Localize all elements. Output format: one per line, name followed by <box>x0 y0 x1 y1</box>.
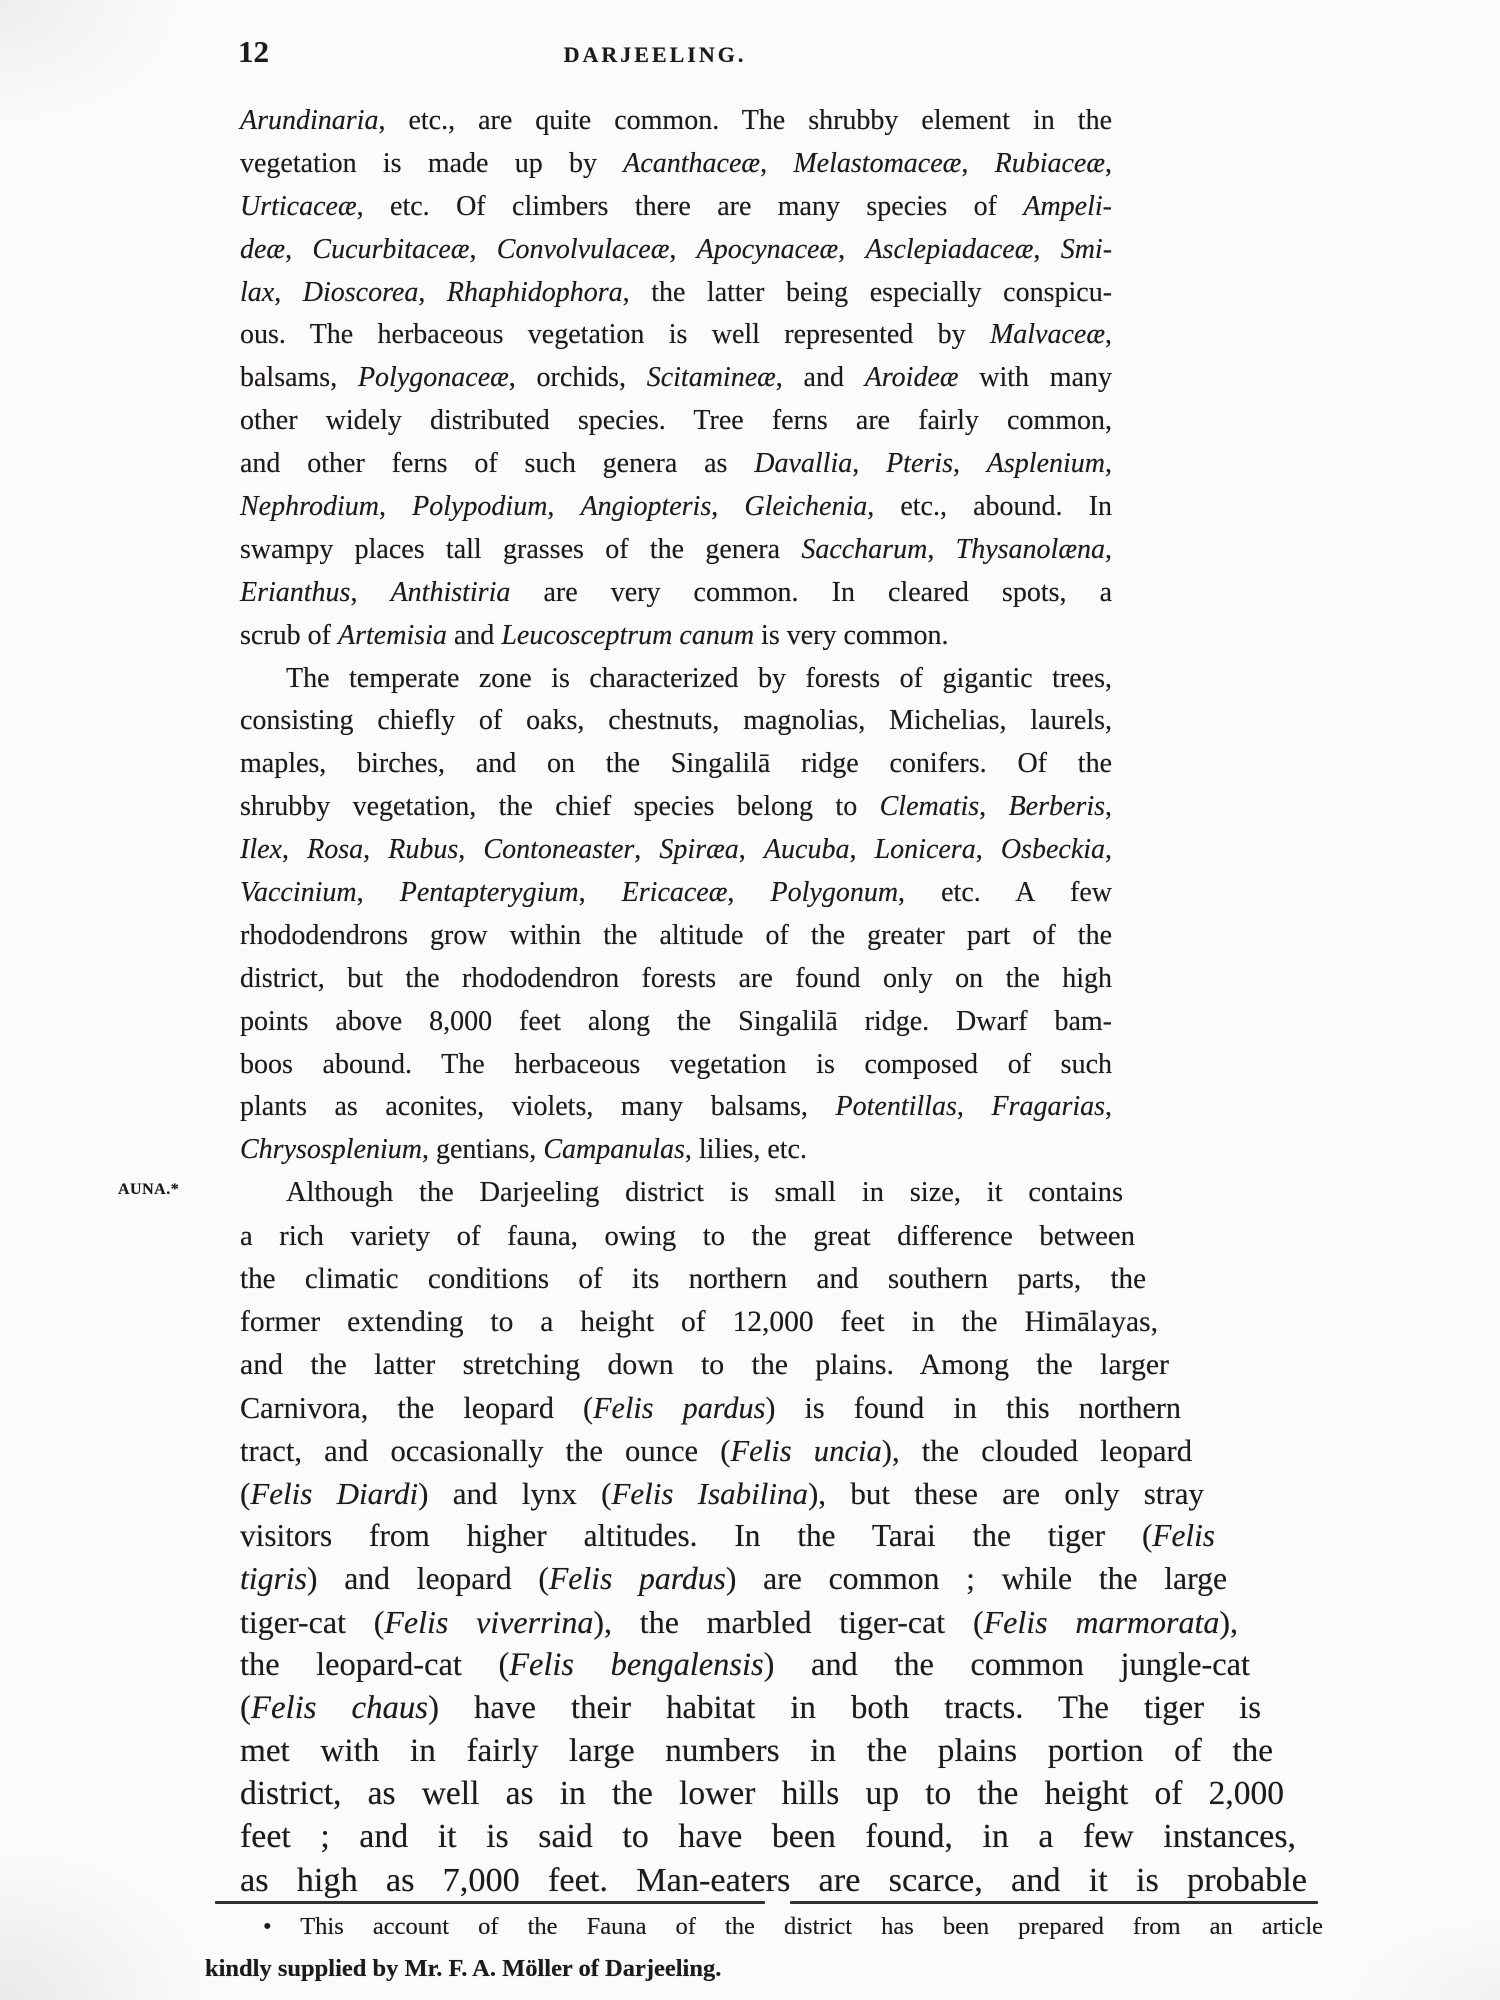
species-name: Berberis <box>1009 791 1105 822</box>
body-segment: , <box>727 877 770 908</box>
species-name: Rhaphidophora <box>447 277 623 308</box>
body-segment: the leopard-cat ( <box>240 1647 509 1683</box>
species-name: Asplenium <box>987 448 1105 479</box>
species-name: Acanthaceæ <box>623 148 760 179</box>
body-segment: ) have their habitat in both tracts. The… <box>428 1690 1261 1726</box>
species-name: lax <box>240 277 274 308</box>
body-segment: , <box>1105 148 1112 179</box>
body-segment: , <box>1105 791 1112 822</box>
species-name: Pteris <box>886 448 953 479</box>
body-line: tiger-cat (Felis viverrina), the marbled… <box>240 1601 1238 1644</box>
body-line: as high as 7,000 feet. Man-eaters are sc… <box>240 1859 1307 1902</box>
species-name: Davallia <box>754 448 852 479</box>
body-line: Carnivora, the leopard (Felis pardus) is… <box>240 1387 1181 1430</box>
body-segment: , <box>979 791 1008 822</box>
body-segment: a rich variety of fauna, owing to the gr… <box>240 1220 1135 1252</box>
footnote-line: • This account of the Fauna of the distr… <box>205 1906 1323 1948</box>
body-segment: district, but the rhododendron forests a… <box>240 963 1112 994</box>
body-line: deæ, Cucurbitaceæ, Convolvulaceæ, Apocyn… <box>240 229 1112 272</box>
species-name: Urticaceæ <box>240 191 357 222</box>
body-segment: , <box>1105 1091 1112 1122</box>
body-line: district, but the rhododendron forests a… <box>240 958 1112 1001</box>
body-line: Ilex, Rosa, Rubus, Contoneaster, Spiræa,… <box>240 829 1112 872</box>
body-segment: , <box>739 834 764 865</box>
body-line: ous. The herbaceous vegetation is well r… <box>240 314 1112 357</box>
body-segment: , the latter being especially conspicu- <box>623 277 1112 308</box>
body-line: (Felis Diardi) and lynx (Felis Isabilina… <box>240 1473 1204 1516</box>
species-name: Aroideæ <box>865 362 959 393</box>
body-line: tigris) and leopard (Felis pardus) are c… <box>240 1558 1227 1601</box>
body-segment: , <box>976 834 1001 865</box>
body-line: visitors from higher altitudes. In the T… <box>240 1515 1215 1558</box>
body-line: swampy places tall grasses of the genera… <box>240 529 1112 572</box>
body-segment: with many <box>959 362 1112 393</box>
body-segment: , gentians, <box>422 1134 543 1165</box>
body-segment: former extending to a height of 12,000 f… <box>240 1306 1158 1338</box>
body-segment: swampy places tall grasses of the genera <box>240 534 801 565</box>
species-name: Felis chaus <box>251 1690 428 1726</box>
body-segment: , <box>1105 319 1112 350</box>
body-segment: and <box>447 620 501 651</box>
body-segment: boos abound. The herbaceous vegetation i… <box>240 1049 1112 1080</box>
body-line: balsams, Polygonaceæ, orchids, Scitamine… <box>240 357 1112 400</box>
species-name: Thysanolæna <box>956 534 1105 565</box>
body-line: points above 8,000 feet along the Singal… <box>240 1001 1112 1044</box>
body-line: maples, birches, and on the Singalilā ri… <box>240 743 1112 786</box>
body-segment: ( <box>240 1690 251 1726</box>
margin-note-fauna: AUNA.* <box>118 1181 179 1199</box>
body-segment: feet ; and it is said to have been found… <box>240 1818 1296 1855</box>
species-name: Polygonaceæ <box>358 362 509 393</box>
body-segment: vegetation is made up by <box>240 148 623 179</box>
body-segment: and the latter stretching down to the pl… <box>240 1348 1169 1381</box>
body-line: Chrysosplenium, gentians, Campanulas, li… <box>240 1129 1112 1172</box>
species-name: Felis marmorata <box>984 1604 1220 1640</box>
species-name: Melastomaceæ <box>793 148 961 179</box>
footnote: • This account of the Fauna of the distr… <box>205 1906 1323 1990</box>
body-segment: ), but these are only stray <box>808 1476 1204 1511</box>
body-segment: are very common. In cleared spots, a <box>510 577 1112 608</box>
species-name: Malvaceæ <box>990 319 1105 350</box>
body-segment: , <box>418 277 447 308</box>
species-name: Campanulas <box>543 1134 685 1165</box>
species-name: Anthistiria <box>391 577 511 608</box>
footnote-text: This account of the Fauna of the distric… <box>300 1913 1323 1940</box>
species-name: Rubus <box>388 834 458 865</box>
body-line: feet ; and it is said to have been found… <box>240 1816 1296 1859</box>
body-text: Arundinaria, etc., are quite common. The… <box>240 100 1307 1901</box>
body-segment: met with in fairly large numbers in the … <box>240 1732 1273 1769</box>
body-segment: , <box>379 491 412 522</box>
body-segment: , <box>274 277 303 308</box>
body-segment: , <box>458 834 483 865</box>
body-segment: , etc. Of climbers there are many specie… <box>357 191 1024 222</box>
body-segment: , <box>957 1091 992 1122</box>
species-name: Dioscorea <box>303 277 419 308</box>
body-segment: ) and the common jungle-cat <box>764 1647 1250 1683</box>
body-line: Vaccinium, Pentapterygium, Ericaceæ, Pol… <box>240 872 1112 915</box>
species-name: Leucosceptrum canum <box>501 620 754 651</box>
species-name: Felis pardus <box>549 1561 726 1596</box>
body-line: vegetation is made up by Acanthaceæ, Mel… <box>240 143 1112 186</box>
species-name: Felis <box>1152 1518 1215 1553</box>
body-line: district, as well as in the lower hills … <box>240 1773 1284 1816</box>
book-page: 12 DARJEELING. AUNA.* Arundinaria, etc.,… <box>0 0 1500 2000</box>
body-segment: ), the clouded leopard <box>882 1434 1192 1468</box>
body-segment: , <box>579 877 622 908</box>
species-name: Nephrodium <box>240 491 379 522</box>
body-segment: the climatic conditions of its northern … <box>240 1263 1146 1295</box>
body-segment: ), <box>1219 1604 1238 1640</box>
body-segment: , <box>1105 834 1112 865</box>
species-name: Felis Isabilina <box>611 1476 808 1511</box>
body-segment: rhododendrons grow within the altitude o… <box>240 920 1112 951</box>
body-segment: is very common. <box>754 620 948 651</box>
species-name: tigris <box>240 1561 307 1596</box>
body-segment: ) is found in this northern <box>765 1391 1181 1425</box>
body-line: rhododendrons grow within the altitude o… <box>240 915 1112 958</box>
species-name: Asclepiadaceæ <box>865 234 1033 265</box>
body-segment: , <box>1105 534 1112 565</box>
species-name: Ampeli- <box>1023 191 1112 222</box>
body-line: (Felis chaus) have their habitat in both… <box>240 1687 1261 1730</box>
species-name: Saccharum <box>801 534 927 565</box>
species-name: Spiræa <box>659 834 738 865</box>
species-name: Felis pardus <box>593 1391 765 1425</box>
body-line: the leopard-cat (Felis bengalensis) and … <box>240 1644 1250 1687</box>
species-name: deæ <box>240 234 285 265</box>
species-name: Gleichenia <box>744 491 867 522</box>
body-segment: , <box>849 834 874 865</box>
species-name: Potentillas <box>836 1091 957 1122</box>
body-segment: ) and lynx ( <box>418 1476 611 1511</box>
body-line: plants as aconites, violets, many balsam… <box>240 1086 1112 1129</box>
body-segment: ( <box>240 1476 250 1511</box>
body-segment: Carnivora, the leopard ( <box>240 1391 593 1425</box>
body-line: the climatic conditions of its northern … <box>240 1258 1146 1301</box>
body-line: Erianthus, Anthistiria are very common. … <box>240 572 1112 615</box>
body-line: former extending to a height of 12,000 f… <box>240 1301 1158 1344</box>
body-segment: shrubby vegetation, the chief species be… <box>240 791 880 822</box>
body-segment: Although the Darjeeling district is smal… <box>286 1177 1123 1208</box>
body-line: Although the Darjeeling district is smal… <box>240 1172 1123 1215</box>
body-line: shrubby vegetation, the chief species be… <box>240 786 1112 829</box>
species-name: Contoneaster <box>483 834 634 865</box>
body-line: consisting chiefly of oaks, chestnuts, m… <box>240 700 1112 743</box>
species-name: Pentapterygium <box>400 877 579 908</box>
species-name: Rubiaceæ <box>995 148 1105 179</box>
species-name: Clematis <box>880 791 980 822</box>
body-segment: The temperate zone is characterized by f… <box>286 663 1112 694</box>
body-segment: as high as 7,000 feet. Man-eaters are sc… <box>240 1861 1307 1899</box>
species-name: Smi- <box>1061 234 1112 265</box>
species-name: Rosa <box>307 834 363 865</box>
body-segment: visitors from higher altitudes. In the T… <box>240 1518 1152 1553</box>
species-name: Osbeckia <box>1001 834 1105 865</box>
body-segment: , <box>285 234 312 265</box>
body-line: boos abound. The herbaceous vegetation i… <box>240 1044 1112 1087</box>
body-line: lax, Dioscorea, Rhaphidophora, the latte… <box>240 272 1112 315</box>
body-segment: , etc. A few <box>898 877 1112 908</box>
body-line: and the latter stretching down to the pl… <box>240 1344 1169 1387</box>
body-segment: , <box>1033 234 1060 265</box>
body-segment: district, as well as in the lower hills … <box>240 1775 1284 1812</box>
body-segment: points above 8,000 feet along the Singal… <box>240 1006 1112 1037</box>
body-segment: , lilies, etc. <box>685 1134 807 1165</box>
species-name: Fragarias <box>991 1091 1105 1122</box>
species-name: Felis bengalensis <box>509 1647 763 1683</box>
body-segment: , <box>282 834 307 865</box>
species-name: Ilex <box>240 834 282 865</box>
footnote-rule-left <box>215 1901 765 1904</box>
species-name: Apocynaceæ <box>697 234 839 265</box>
running-head: DARJEELING. <box>240 42 1070 68</box>
body-segment: , <box>838 234 865 265</box>
body-line: tract, and occasionally the ounce (Felis… <box>240 1430 1192 1473</box>
footnote-marker: • <box>263 1913 272 1940</box>
body-segment: , <box>634 834 659 865</box>
species-name: Artemisia <box>338 620 447 651</box>
body-segment: ous. The herbaceous vegetation is well r… <box>240 319 990 350</box>
species-name: Felis uncia <box>730 1434 881 1468</box>
body-segment: , and <box>776 362 865 393</box>
species-name: Scitamineæ <box>647 362 776 393</box>
body-segment: , <box>357 877 400 908</box>
body-segment: , <box>669 234 696 265</box>
body-segment: ) are common ; while the large <box>726 1561 1227 1596</box>
body-segment: ), the marbled tiger-cat ( <box>593 1604 983 1640</box>
species-name: Angiopteris <box>581 491 712 522</box>
body-line: Urticaceæ, etc. Of climbers there are ma… <box>240 186 1112 229</box>
body-segment: , etc., abound. In <box>867 491 1112 522</box>
body-line: The temperate zone is characterized by f… <box>240 658 1112 701</box>
body-segment: balsams, <box>240 362 358 393</box>
body-line: a rich variety of fauna, owing to the gr… <box>240 1215 1135 1258</box>
body-segment: , etc., are quite common. The shrubby el… <box>378 105 1112 136</box>
footnote-rule-right <box>790 1901 1318 1904</box>
body-segment: , orchids, <box>509 362 647 393</box>
species-name: Aucuba <box>764 834 850 865</box>
species-name: Convolvulaceæ <box>497 234 670 265</box>
body-segment: other widely distributed species. Tree f… <box>240 405 1112 436</box>
body-segment: , <box>363 834 388 865</box>
species-name: Vaccinium <box>240 877 357 908</box>
body-segment: , <box>852 448 886 479</box>
body-segment: plants as aconites, violets, many balsam… <box>240 1091 836 1122</box>
body-segment: consisting chiefly of oaks, chestnuts, m… <box>240 705 1112 736</box>
body-segment: , <box>961 148 994 179</box>
body-segment: , <box>350 577 390 608</box>
species-name: Erianthus <box>240 577 350 608</box>
footnote-line: kindly supplied by Mr. F. A. Möller of D… <box>205 1948 1323 1990</box>
species-name: Arundinaria <box>240 105 378 136</box>
species-name: Felis viverrina <box>384 1604 593 1640</box>
body-segment: scrub of <box>240 620 338 651</box>
species-name: Cucurbitaceæ <box>312 234 469 265</box>
body-segment: , <box>953 448 987 479</box>
body-segment: and other ferns of such genera as <box>240 448 754 479</box>
species-name: Chrysosplenium <box>240 1134 422 1165</box>
body-segment: , <box>547 491 580 522</box>
body-line: Nephrodium, Polypodium, Angiopteris, Gle… <box>240 486 1112 529</box>
body-segment: , <box>469 234 496 265</box>
body-segment: maples, birches, and on the Singalilā ri… <box>240 748 1112 779</box>
species-name: Felis Diardi <box>250 1476 418 1511</box>
species-name: Lonicera <box>875 834 976 865</box>
body-segment: , <box>760 148 793 179</box>
body-line: Arundinaria, etc., are quite common. The… <box>240 100 1112 143</box>
body-line: met with in fairly large numbers in the … <box>240 1730 1273 1773</box>
species-name: Polygonum <box>771 877 899 908</box>
body-segment: tract, and occasionally the ounce ( <box>240 1434 730 1468</box>
body-segment: , <box>711 491 744 522</box>
body-line: scrub of Artemisia and Leucosceptrum can… <box>240 615 1112 658</box>
body-line: and other ferns of such genera as Davall… <box>240 443 1112 486</box>
body-line: other widely distributed species. Tree f… <box>240 400 1112 443</box>
body-segment: tiger-cat ( <box>240 1604 384 1640</box>
body-segment: , <box>927 534 955 565</box>
body-segment: , <box>1105 448 1112 479</box>
body-segment: ) and leopard ( <box>307 1561 549 1596</box>
species-name: Ericaceæ <box>622 877 728 908</box>
species-name: Polypodium <box>412 491 547 522</box>
